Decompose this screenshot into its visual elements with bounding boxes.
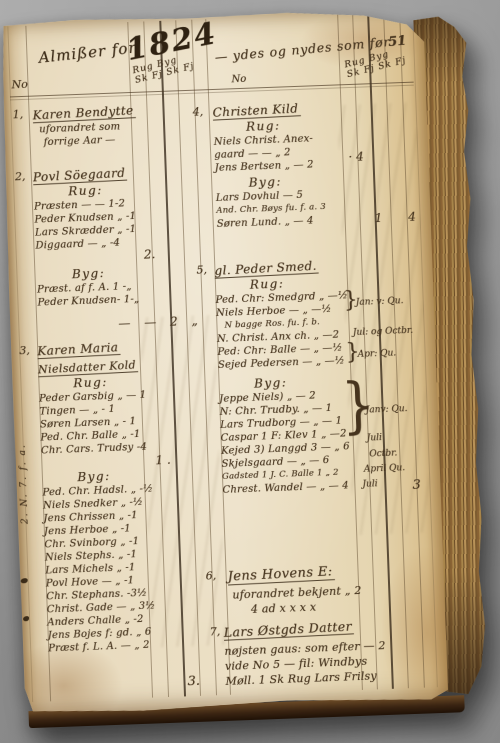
entry-number-1: 1,	[12, 108, 23, 121]
entry-number-4: 4,	[192, 105, 203, 118]
header-rule	[10, 82, 414, 98]
quarter-note: April Qu.	[364, 463, 406, 475]
ledger-page: Almißer for 1824 — ydes og nydes som før…	[0, 7, 448, 716]
ledger-line: 4 ad x x x x	[251, 598, 369, 617]
entry-number-6: 6,	[205, 569, 216, 582]
recipient-name: Lars Østgds Datter	[223, 618, 354, 641]
recipient-name: gl. Peder Smed.	[214, 259, 319, 279]
tally-figure: 2.	[144, 247, 156, 261]
tally-figure: · 4	[348, 150, 364, 165]
entry-7: Lars Østgds Datter nøjsten gaus: som eft…	[223, 617, 375, 688]
ledger-book: Almißer for 1824 — ydes og nydes som før…	[0, 6, 491, 729]
quarter-note: Octbr.	[369, 448, 397, 459]
no-column-header-left: No	[11, 78, 28, 92]
entry-5: gl. Peder Smed. Rug: Ped. Chr: Smedgrd „…	[214, 256, 359, 497]
entry-number-7: 7,	[209, 625, 220, 638]
entry-3: Karen Maria Nielsdatter Kold Rug: Peder …	[37, 337, 184, 656]
quarter-note: Janv: Qu.	[365, 404, 407, 416]
recipient-name: Christen Kild	[212, 101, 300, 120]
quarter-note: Jan: v: Qu.	[356, 296, 404, 308]
tally-figure: 3.	[187, 674, 200, 689]
quarter-note: Juli	[362, 479, 378, 490]
recipient-name: Nielsdatter Kold	[38, 358, 139, 377]
entry-6: Jens Hovens E: uforandret bekjent „ 2 4 …	[227, 562, 369, 618]
header-rule	[10, 85, 414, 101]
entry-4: Christen Kild Rug: Niels Christ. Anex- g…	[212, 98, 347, 231]
tally-figure: 3	[412, 478, 421, 493]
quarter-note: Apr: Qu.	[357, 348, 396, 359]
entry-number-3: 3,	[19, 344, 30, 357]
entry-1: Karen Bendytte uforandret som forrige Aa…	[32, 101, 164, 150]
no-column-header-right: No	[231, 74, 246, 86]
tally-figure: 1 .	[155, 453, 171, 468]
page-gutter	[0, 22, 38, 716]
entry-number-2: 2,	[15, 170, 26, 183]
tally-figure: 1 4	[374, 209, 427, 225]
entry-2: Povl Söegaard Rug: Præsten — — 1-2 Peder…	[33, 163, 170, 310]
photo-background: Almißer for 1824 — ydes og nydes som før…	[0, 0, 500, 743]
entry-number-5: 5,	[196, 263, 207, 276]
recipient-name: Karen Bendytte	[32, 103, 136, 123]
quarter-note: Juli	[367, 433, 383, 444]
recipient-name: Jens Hovens E:	[227, 564, 335, 585]
recipient-name: Povl Söegaard	[33, 166, 128, 186]
page-title: Almißer for	[38, 38, 138, 66]
